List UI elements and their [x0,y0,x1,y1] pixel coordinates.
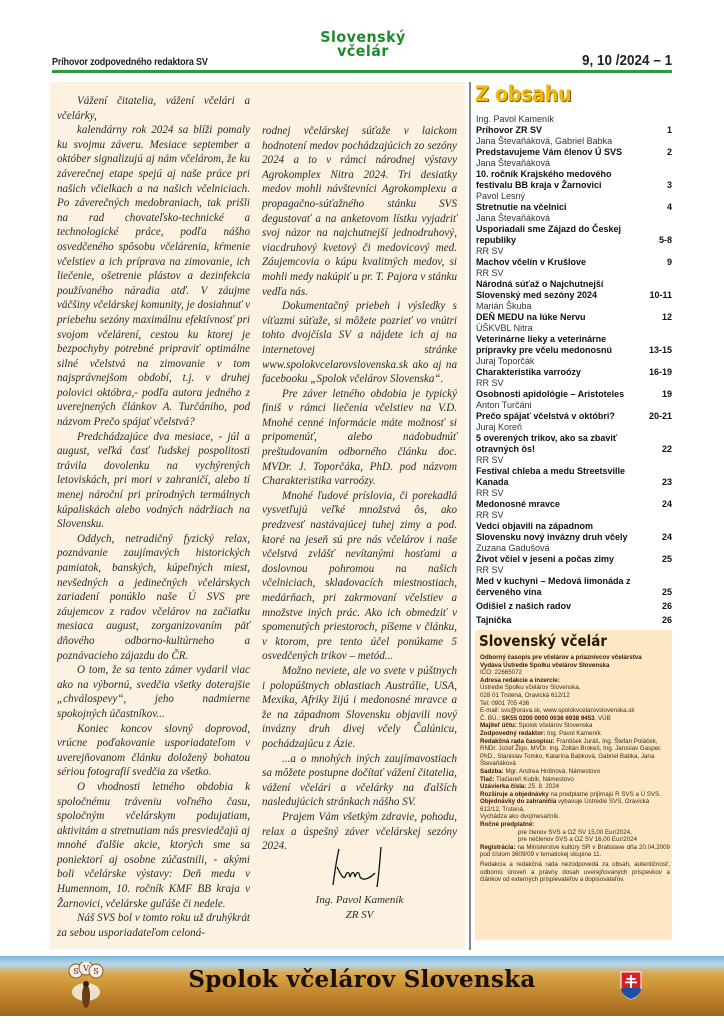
paragraph: Oddych, netradičný fyzický relax, poznáv… [57,532,250,663]
paragraph: Náš SVS bol v tomto roku už druhýkrát za… [57,911,250,940]
toc-item[interactable]: RR SVOsobnosti apidológie – Aristoteles1… [476,378,672,400]
toc-title-text: 10. ročník Krajského medového festivalu … [476,169,672,191]
toc-item[interactable]: Juraj ToporčákCharakteristika varroózy16… [476,356,672,378]
issue-number: 9, 10 /2024 – 1 [582,52,672,69]
toc-page-number: 12 [662,312,672,323]
toc-page-number: 26 [662,601,672,612]
toc-title-text: Veterinárne lieky a veterinárne prípravk… [476,334,672,356]
paragraph: Možno neviete, ale vo svete v púštnych i… [262,664,457,752]
toc-title-text: 5 overených trikov, ako sa zbaviť otravn… [476,433,672,455]
toc-title-text: DEŇ MEDU na lúke Nervu [476,312,672,323]
frequency: Vychádza ako dvojmesačník. [480,813,670,821]
toc-item[interactable]: Ing. Pavol KameníkPríhovor ZR SV1 [476,114,672,136]
toc-title-text: Medonosné mravce [476,499,672,510]
paragraph: Pre záver letného obdobia je typický fin… [262,387,457,489]
toc-page-number: 16-19 [649,367,672,378]
distribution-value: na predplatné prijímajú R SVS a Ú SVS. [549,791,661,798]
masthead-ico: IČO: 22665072 [480,669,670,677]
magazine-logo: Slovenský včelár [320,30,406,58]
letter-column-2: rodnej včelárskej súťaže v laickom hodno… [262,124,457,854]
typeset-label: Sadzba: [480,768,504,775]
subscription-members: pre členov SVS a OZ SV 15,00 Eur/2024, [480,829,670,837]
toc-title-text: Charakteristika varroózy [476,367,672,378]
signature-name: Ing. Pavol Kameník [262,893,457,908]
toc-author: RR SV [476,510,672,521]
paragraph: O tom, že sa tento zámer vydaril viac ak… [57,663,250,721]
toc-item[interactable]: Juraj Koreň5 overených trikov, ako sa zb… [476,422,672,455]
table-of-contents: Ing. Pavol KameníkPríhovor ZR SV1Jana Št… [476,114,672,640]
toc-page-number: 4 [667,202,672,213]
email-web[interactable]: E-mail: svs@orava.sk, www.spolokvcelarov… [480,707,670,715]
toc-title-text: Stretnutie na včelnici [476,202,672,213]
phone: Tel: 0901 705 436 [480,700,670,708]
footer-title: Spolok včelárov Slovenska [162,966,562,993]
toc-item[interactable]: ÚŠKVBL NitraVeterinárne lieky a veteriná… [476,323,672,356]
toc-author: Jana Števaňáková, Gabriel Babka [476,136,672,147]
editor: Zodpovedný redaktor: Ing. Pavol Kameník [480,730,670,738]
toc-title-text: Predstavujeme Vám členov Ú SVS [476,147,672,158]
toc-page-number: 10-11 [649,290,672,301]
typeset-value: Mgr. Andrea Hrdinová, Námestovo [504,768,600,775]
toc-item[interactable]: RR SVMed v kuchyni – Medová limonáda z č… [476,565,672,598]
salutation: Vážení čitatelia, vážení včelári a včelá… [57,94,250,123]
toc-page-number: 24 [662,532,672,543]
toc-title-text: Festival chleba a medu Streetsville Kana… [476,466,672,488]
toc-item[interactable]: Pavol LesnýStretnutie na včelnici4 [476,191,672,213]
address-label: Adresa redakcie a inzercie: [480,677,560,684]
subscription-label: Ročné predplatné: [480,821,534,828]
owner-value: Spolok včelárov Slovenska [517,722,593,729]
toc-author: RR SV [476,268,672,279]
paragraph: kalendárny rok 2024 sa blíži pomaly ku s… [57,123,250,429]
paragraph: rodnej včelárskej súťaže v laickom hodno… [262,124,457,299]
toc-title-text: Vedci objavili na západnom Slovensku nov… [476,521,672,543]
toc-page-number: 24 [662,499,672,510]
section-title: Príhovor zodpovedného redaktora SV [52,56,208,68]
disclaimer: Redakcia a redakčná rada nezodpovedá za … [480,861,670,884]
iban: SK55 0200 0000 0036 6938 9453 [502,715,595,722]
logo-line-2: včelár [320,44,406,58]
svg-text:S: S [73,967,78,976]
toc-item[interactable]: Marián ŠkubaDEŇ MEDU na lúke Nervu12 [476,301,672,323]
toc-title: Z obsahu [475,82,571,106]
paragraph: Mnohé ľudové príslovia, či porekadlá vys… [262,489,457,664]
editor-label: Zodpovedný redaktor: [480,730,545,737]
owner: Majiteľ účtu: Spolok včelárov Slovenska [480,722,670,730]
toc-title-text: Odišiel z našich radov [476,601,672,612]
abroad-label: Objednávky do zahraničia [480,798,556,805]
toc-title-text: Osobnosti apidológie – Aristoteles [476,389,672,400]
toc-title-text: Machov včelín v Krušlove [476,257,672,268]
toc-item[interactable]: Zuzana GadušováŽivot včiel v jeseni a po… [476,543,672,565]
toc-page-number: 9 [667,257,672,268]
toc-item[interactable]: Tajnička26 [476,612,672,626]
distribution: Rozširuje a objednávky na predplatné pri… [480,791,670,799]
masthead-title: Slovenský včelár [479,632,607,650]
toc-title-text: Príhovor ZR SV [476,125,672,136]
column-divider [469,82,471,950]
masthead-body: Odborný časopis pre včelárov a priaznivc… [480,654,670,884]
header-divider [52,70,672,73]
bank-account: Č. BÚ.: SK55 0200 0000 0036 6938 9453, V… [480,715,670,723]
owner-label: Majiteľ účtu: [480,722,517,729]
toc-author: RR SV [476,565,672,576]
board-label: Redakčná rada časopisu: [480,738,555,745]
abroad: Objednávky do zahraničia vybavuje Ústred… [480,798,670,813]
toc-title-text: Tajnička [476,615,672,626]
toc-item[interactable]: Jana Števaňáková10. ročník Krajského med… [476,158,672,191]
toc-page-number: 23 [662,477,672,488]
toc-page-number: 25 [662,587,672,598]
toc-author: Marián Škuba [476,301,672,312]
toc-author: RR SV [476,488,672,499]
signature-role: ZR SV [262,908,457,923]
toc-page-number: 3 [667,180,672,191]
toc-page-number: 19 [662,389,672,400]
typeset: Sadzba: Mgr. Andrea Hrdinová, Námestovo [480,768,670,776]
masthead-publisher: Vydáva Ústredie Spolku včelárov Slovensk… [480,662,609,669]
toc-author: Juraj Toporčák [476,356,672,367]
toc-author: Jana Števaňáková [476,213,672,224]
toc-item[interactable]: Odišiel z našich radov26 [476,598,672,612]
toc-page-number: 26 [662,615,672,626]
toc-author: RR SV [476,246,672,257]
toc-page-number: 25 [662,554,672,565]
print-value: Tlačiareň Kubík, Námestovo [494,776,573,783]
registration-label: Registrácia: [480,844,515,851]
board: Redakčná rada časopisu: František Juráš,… [480,738,670,768]
toc-title-text: Národná súťaž o Najchutnejší Slovenský m… [476,279,672,301]
masthead-subtitle: Odborný časopis pre včelárov a priaznivc… [480,654,642,661]
toc-title-text: Usporiadali sme Zájazd do Českej republi… [476,224,672,246]
deadline-label: Uzávierka čísla: [480,783,526,790]
letter-column-1: Vážení čitatelia, vážení včelári a včelá… [57,94,250,940]
distribution-label: Rozširuje a objednávky [480,791,549,798]
svg-text:S: S [93,967,98,976]
toc-item[interactable]: Jana Števaňáková, Gabriel BabkaPredstavu… [476,136,672,158]
toc-author: Pavol Lesný [476,191,672,202]
toc-page-number: 1 [667,125,672,136]
subscription-nonmembers: pre nečlenov SVS a OZ SV 16,00 Eur/2024 [480,836,670,844]
toc-author: Juraj Koreň [476,422,672,433]
toc-title-text: Med v kuchyni – Medová limonáda z červen… [476,576,672,598]
toc-author: Jana Števaňáková [476,158,672,169]
toc-author: Anton Turčáni [476,400,672,411]
toc-author: RR SV [476,455,672,466]
account-label: Č. BÚ.: [480,715,500,722]
slovak-coat-of-arms-icon [620,970,642,1000]
toc-author: Zuzana Gadušová [476,543,672,554]
print: Tlač: Tlačiareň Kubík, Námestovo [480,776,670,784]
toc-item[interactable]: Jana ŠtevaňákováUsporiadali sme Zájazd d… [476,213,672,246]
toc-item[interactable]: RR SVVedci objavili na západnom Slovensk… [476,510,672,543]
toc-page-number: 13-15 [649,345,672,356]
address-line: 028 01 Trstená, Oravická 612/12 [480,692,670,700]
paragraph: O vhodnosti letného obdobia k spoločnému… [57,780,250,911]
toc-page-number: 5-8 [659,235,672,246]
toc-title-text: Prečo spájať včelstvá v októbri? [476,411,672,422]
paragraph: Koniec koncov slovný doprovod, vrúcne po… [57,722,250,780]
deadline: Uzávierka čísla: 25. 8. 2024 [480,783,670,791]
deadline-value: 25. 8. 2024 [526,783,559,790]
toc-title-text: Život včiel v jeseni a počas zimy [476,554,672,565]
toc-page-number: 2 [667,147,672,158]
toc-page-number: 22 [662,444,672,455]
toc-page-number: 20-21 [649,411,672,422]
registration: Registrácia: na Ministerstve kultúry SR … [480,844,670,859]
paragraph: ...a o mnohých iných zaujímavostiach sa … [262,752,457,810]
bank: , VÚB [595,715,611,722]
svs-bee-logo-icon: S V S [66,962,106,1014]
svg-text:V: V [82,964,89,973]
toc-item[interactable]: Anton TurčániPrečo spájať včelstvá v okt… [476,400,672,422]
toc-author: Ing. Pavol Kameník [476,114,672,125]
toc-item[interactable]: RR SVFestival chleba a medu Streetsville… [476,455,672,488]
toc-item[interactable]: RR SVNárodná súťaž o Najchutnejší Sloven… [476,268,672,301]
signature-block: Ing. Pavol Kameník ZR SV [262,845,457,923]
paragraph: Predchádzajúce dva mesiace, - júl a augu… [57,430,250,532]
toc-item[interactable]: RR SVMedonosné mravce24 [476,488,672,510]
signature-icon [325,845,395,889]
paragraph: Dokumentačný priebeh i výsledky s víťazm… [262,299,457,387]
print-label: Tlač: [480,776,494,783]
address-line: Ústredie Spolku včelárov Slovenska, [480,684,670,692]
toc-author: ÚŠKVBL Nitra [476,323,672,334]
toc-item[interactable]: RR SVMachov včelín v Krušlove9 [476,246,672,268]
editor-value: Ing. Pavol Kameník [545,730,600,737]
toc-author: RR SV [476,378,672,389]
